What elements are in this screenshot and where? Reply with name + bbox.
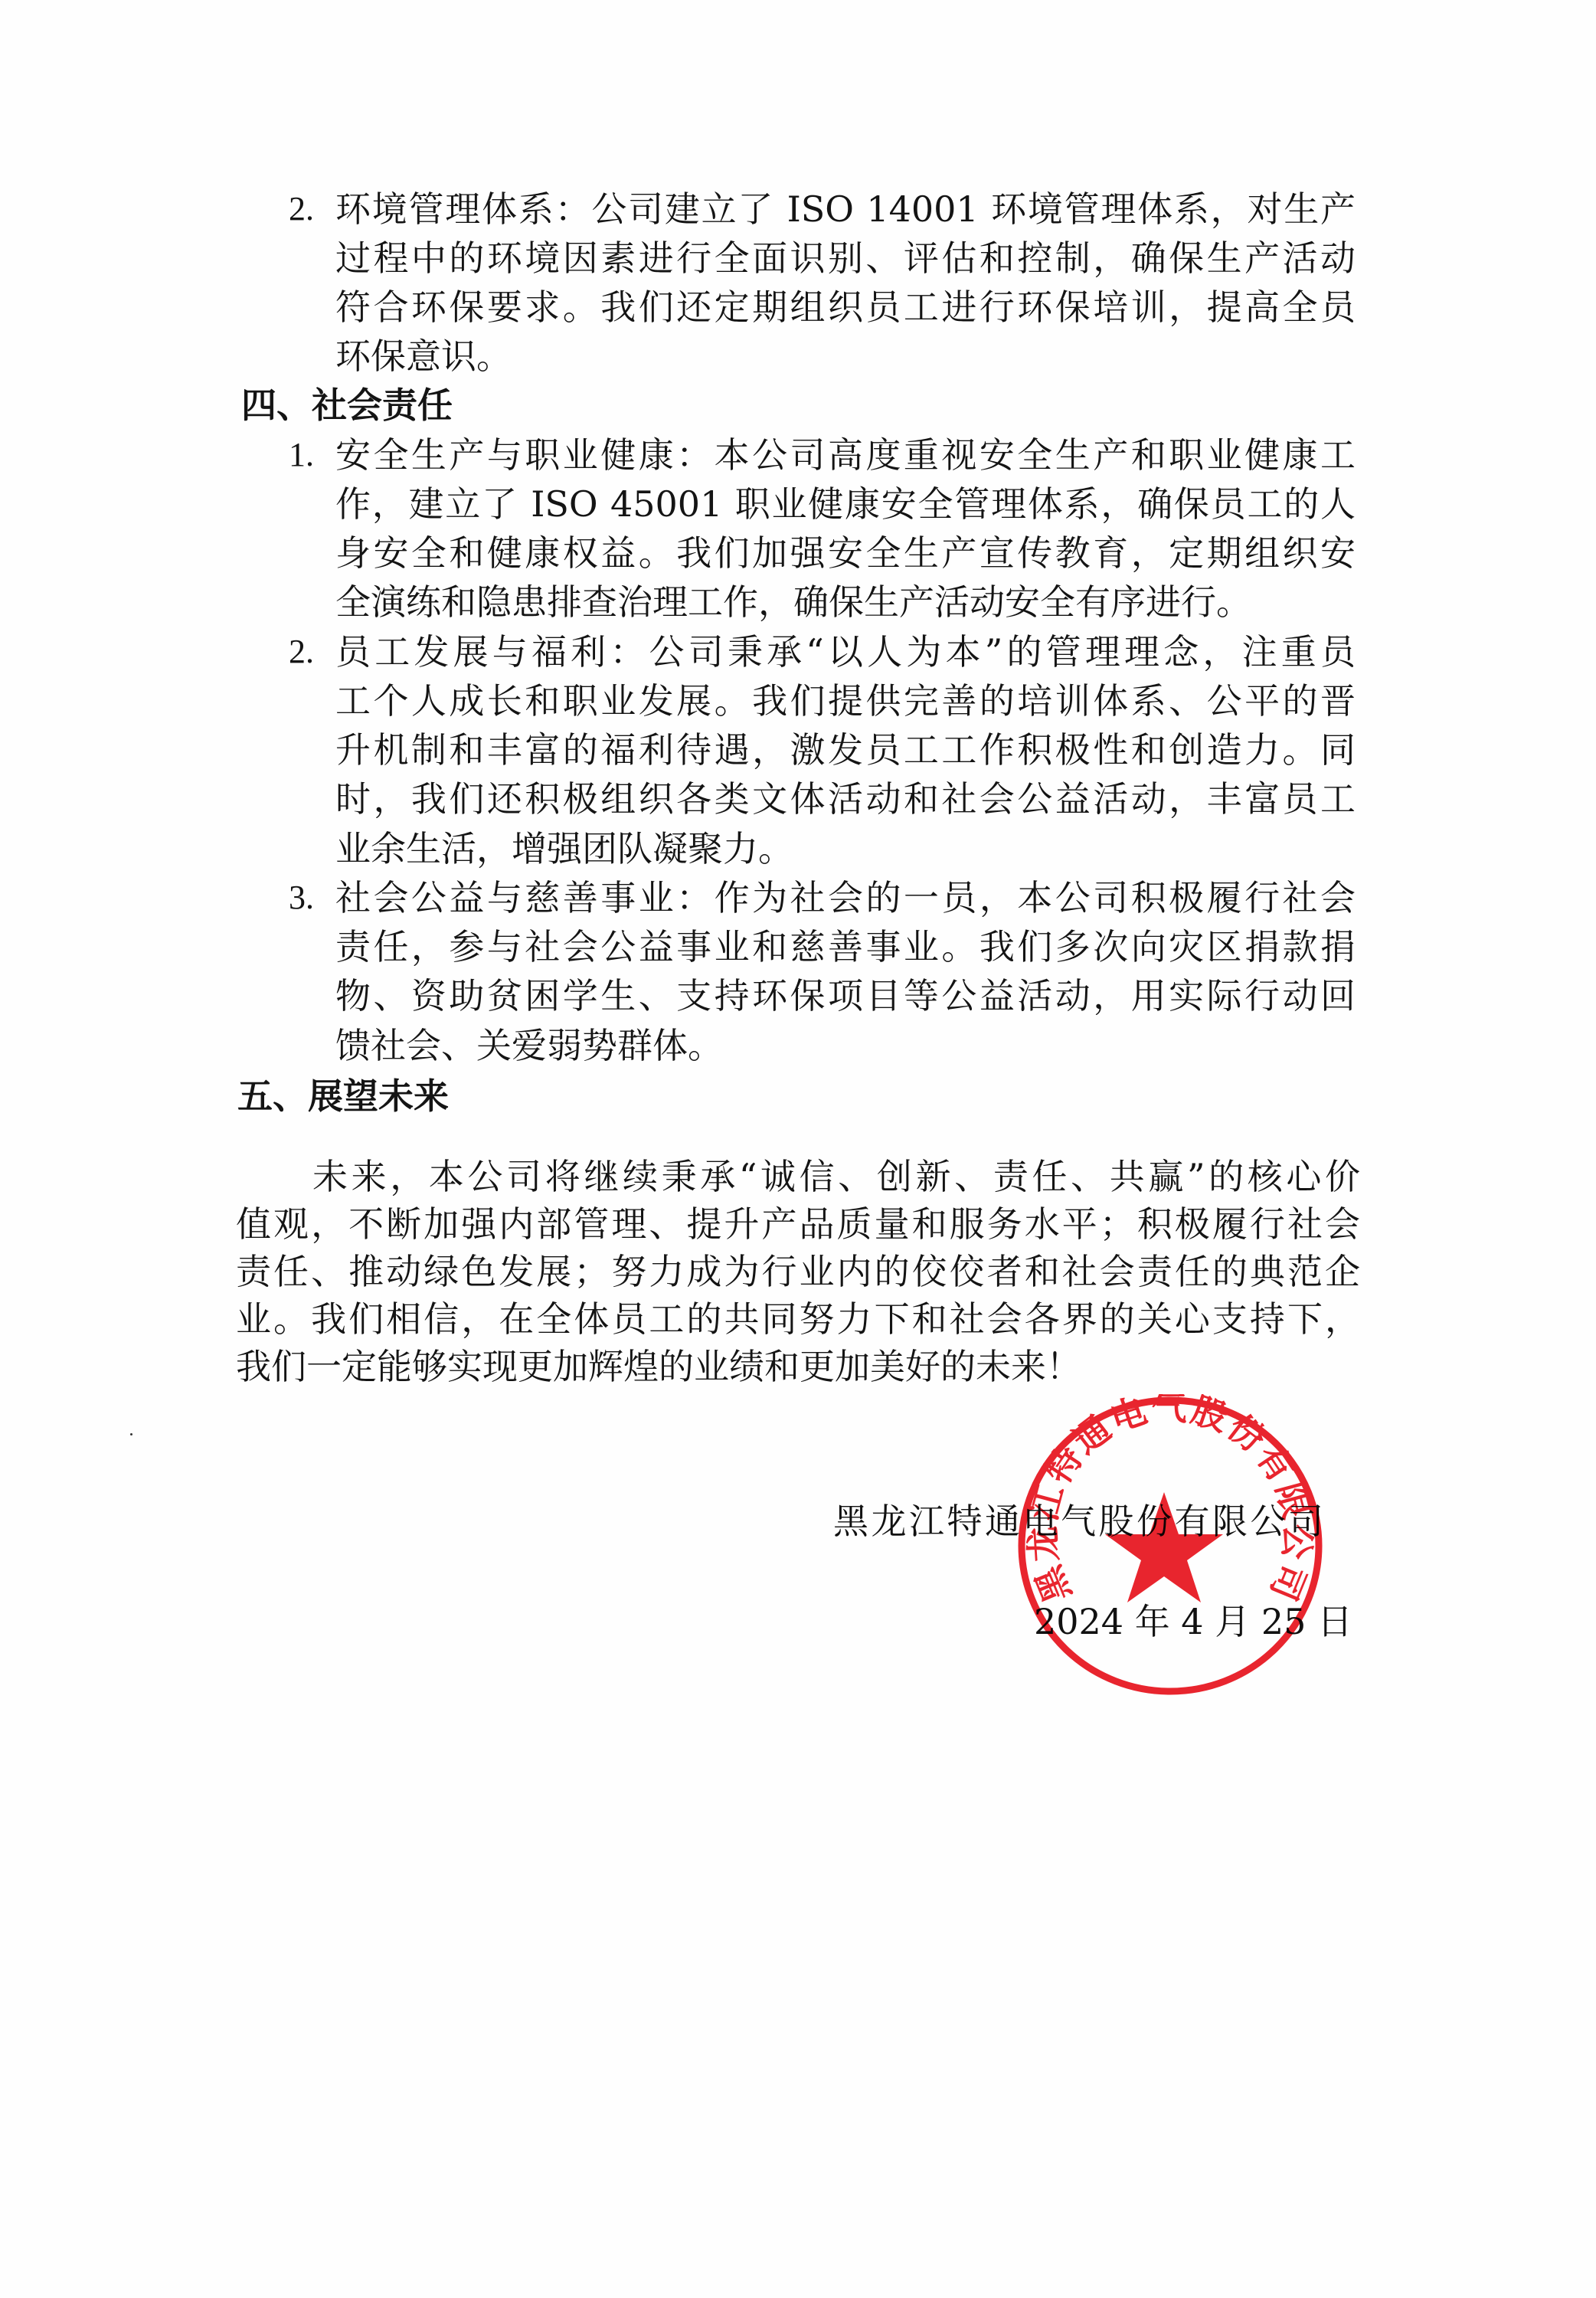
paragraph-line: 我们一定能够实现更加辉煌的业绩和更加美好的未来！ bbox=[236, 1347, 1081, 1386]
list-item-number: 3. bbox=[289, 879, 314, 917]
list-item-line: 工个人成长和职业发展。我们提供完善的培训体系、公平的晋 bbox=[335, 682, 1356, 720]
section-heading: 四、社会责任 bbox=[241, 386, 453, 424]
scan-speck bbox=[130, 1433, 132, 1435]
list-item-line: 安全生产与职业健康：本公司高度重视安全生产和职业健康工 bbox=[335, 436, 1356, 474]
star-icon bbox=[1105, 1492, 1223, 1602]
paragraph-line: 未来，本公司将继续秉承“诚信、创新、责任、共赢”的核心价 bbox=[312, 1157, 1360, 1196]
list-item-line: 环保意识。 bbox=[335, 337, 512, 375]
list-item-line: 身安全和健康权益。我们加强安全生产宣传教育，定期组织安 bbox=[335, 534, 1356, 572]
list-item-number: 2. bbox=[289, 633, 314, 671]
document-page: 2. 环境管理体系：公司建立了 ISO 14001 环境管理体系，对生产 过程中… bbox=[0, 0, 1596, 2298]
list-item-line: 过程中的环境因素进行全面识别、评估和控制，确保生产活动 bbox=[335, 239, 1356, 277]
section-heading: 五、展望未来 bbox=[237, 1077, 449, 1115]
list-item-number: 2. bbox=[289, 190, 314, 228]
list-item-line: 升机制和丰富的福利待遇，激发员工工作积极性和创造力。同 bbox=[335, 731, 1356, 769]
list-item-line: 物、资助贫困学生、支持环保项目等公益活动，用实际行动回 bbox=[335, 977, 1356, 1015]
list-item-number: 1. bbox=[289, 436, 314, 474]
list-item-line: 符合环保要求。我们还定期组织员工进行环保培训，提高全员 bbox=[335, 288, 1356, 326]
list-item-line: 社会公益与慈善事业：作为社会的一员，本公司积极履行社会 bbox=[335, 879, 1356, 917]
paragraph-line: 值观，不断加强内部管理、提升产品质量和服务水平；积极履行社会 bbox=[236, 1205, 1360, 1243]
list-item-line: 时，我们还积极组织各类文体活动和社会公益活动，丰富员工 bbox=[335, 780, 1356, 818]
list-item-line: 全演练和隐患排查治理工作，确保生产活动安全有序进行。 bbox=[335, 583, 1251, 621]
paragraph-line: 责任、推动绿色发展；努力成为行业内的佼佼者和社会责任的典范企 bbox=[236, 1252, 1360, 1291]
paragraph-line: 业。我们相信，在全体员工的共同努力下和社会各界的关心支持下， bbox=[236, 1300, 1360, 1338]
list-item-line: 责任，参与社会公益事业和慈善事业。我们多次向灾区捐款捐 bbox=[335, 928, 1356, 966]
list-item-line: 作，建立了 ISO 45001 职业健康安全管理体系，确保员工的人 bbox=[335, 485, 1356, 523]
list-item-line: 业余生活，增强团队凝聚力。 bbox=[335, 830, 793, 868]
list-item-line: 馈社会、关爱弱势群体。 bbox=[335, 1026, 723, 1065]
company-seal-icon: 黑龙江特通电气股份有限公司 bbox=[1016, 1394, 1324, 1697]
list-item-line: 环境管理体系：公司建立了 ISO 14001 环境管理体系，对生产 bbox=[335, 190, 1356, 228]
list-item-line: 员工发展与福利：公司秉承“以人为本”的管理理念，注重员 bbox=[335, 633, 1356, 671]
